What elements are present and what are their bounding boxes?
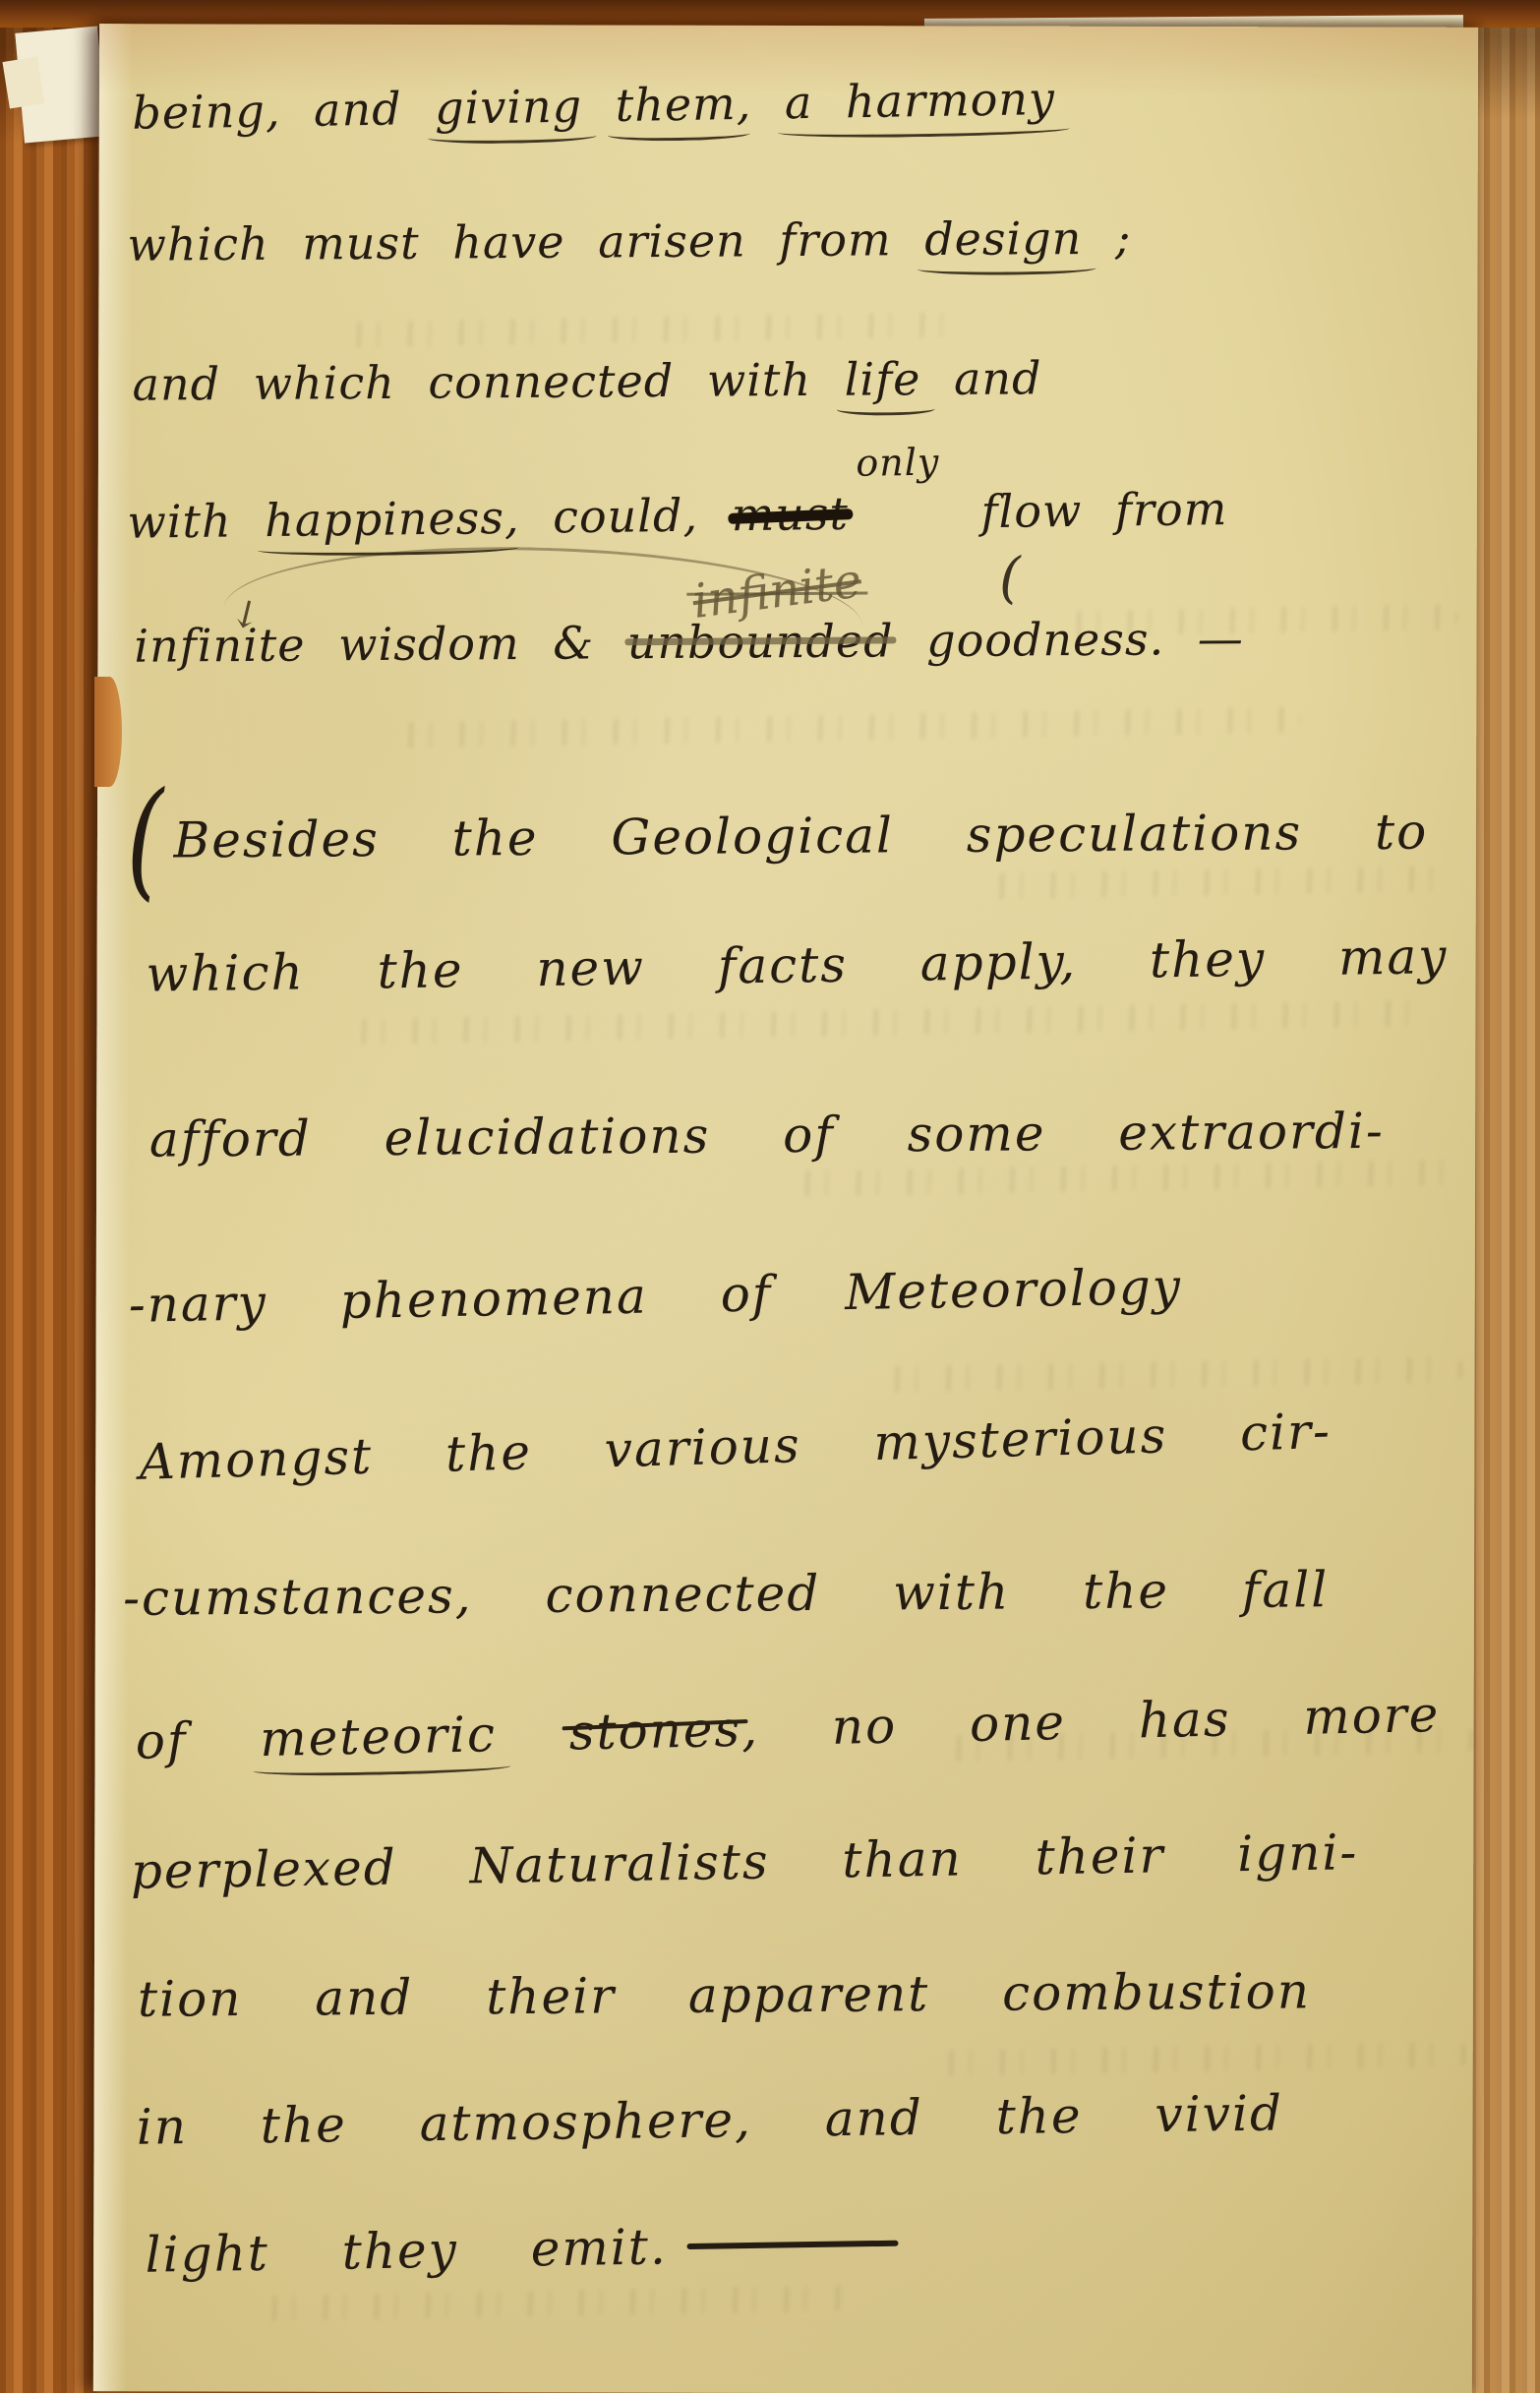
text-segment: and which connected with bbox=[132, 353, 845, 411]
text-segment: of bbox=[135, 1710, 261, 1770]
manuscript-line-11: -cumstances, connected with the fall bbox=[123, 1561, 1329, 1627]
text-segment: meteoric bbox=[260, 1705, 498, 1767]
text-segment: afford elucidations of some extraordi- bbox=[149, 1103, 1385, 1168]
text-segment: with bbox=[127, 494, 265, 549]
manuscript-line-10: Amongst the various mysterious cir- bbox=[139, 1403, 1333, 1491]
text-segment: stones bbox=[568, 1701, 741, 1762]
text-segment bbox=[687, 2241, 899, 2249]
text-segment: Besides the Geological speculations to bbox=[173, 804, 1428, 869]
desk-wood-left bbox=[0, 0, 102, 2393]
underlying-page-tab bbox=[2, 56, 44, 108]
ink-bleedthrough bbox=[882, 1356, 1462, 1392]
text-segment: happiness bbox=[265, 491, 504, 547]
manuscript-line-13: perplexed Naturalists than their igni- bbox=[130, 1824, 1358, 1900]
text-segment: flow from bbox=[948, 482, 1228, 538]
text-segment: , could, bbox=[504, 488, 732, 544]
manuscript-line-6: (Besides the Geological speculations to bbox=[120, 804, 1429, 869]
manuscript-line-15: in the atmosphere, and the vivid bbox=[136, 2085, 1283, 2156]
manuscript-line-4: with happiness, could, mustonly flow fro… bbox=[127, 482, 1228, 549]
manuscript-line-9: -nary phenomena of Meteorology bbox=[128, 1258, 1182, 1334]
text-segment: design bbox=[924, 211, 1082, 266]
text-segment: life bbox=[844, 352, 920, 406]
text-segment: a harmony bbox=[784, 72, 1055, 129]
text-segment: being, and bbox=[132, 82, 436, 140]
manuscript-line-14: tion and their apparent combustion bbox=[138, 1962, 1311, 2027]
text-segment: which the new facts apply, they may bbox=[146, 927, 1449, 1002]
text-segment: -nary phenomena of Meteorology bbox=[128, 1258, 1182, 1334]
text-segment: and bbox=[920, 351, 1041, 405]
text-segment: in the atmosphere, and the vivid bbox=[136, 2085, 1283, 2156]
text-segment: , bbox=[736, 76, 785, 130]
ink-bleedthrough bbox=[793, 1160, 1461, 1197]
text-segment: ; bbox=[1082, 211, 1132, 265]
manuscript-line-1: being, and giving them, a harmony bbox=[132, 72, 1055, 140]
text-segment: them bbox=[615, 77, 737, 132]
ink-bleedthrough bbox=[936, 2041, 1467, 2075]
manuscript-text-block: infinite ( ↓ being, and giving them, a h… bbox=[96, 16, 1492, 2393]
manuscript-line-8: afford elucidations of some extraordi- bbox=[149, 1103, 1385, 1168]
text-segment: infinite wisdom & bbox=[134, 616, 627, 672]
manuscript-line-16: light they emit. bbox=[145, 2215, 899, 2284]
ink-bleedthrough bbox=[260, 2286, 850, 2321]
text-segment: Amongst the various mysterious cir- bbox=[139, 1403, 1333, 1491]
text-segment: only bbox=[856, 441, 940, 485]
manuscript-line-7: which the new facts apply, they may bbox=[146, 927, 1449, 1002]
text-segment: perplexed Naturalists than their igni- bbox=[130, 1824, 1358, 1900]
text-segment: giving bbox=[435, 80, 583, 135]
text-segment bbox=[496, 1705, 569, 1764]
text-segment: must bbox=[731, 487, 849, 541]
ink-bleedthrough bbox=[344, 312, 954, 348]
ink-bleedthrough bbox=[349, 1000, 1431, 1045]
manuscript-line-5: infinite wisdom & unbounded goodness. — bbox=[134, 612, 1244, 673]
text-segment: tion and their apparent combustion bbox=[138, 1962, 1311, 2027]
manuscript-line-3: and which connected with life and bbox=[132, 351, 1041, 410]
ink-bleedthrough bbox=[396, 707, 1301, 748]
caret-mark: ( bbox=[999, 546, 1021, 610]
text-segment bbox=[582, 79, 616, 133]
manuscript-line-12: of meteoric stones, no one has more bbox=[135, 1686, 1441, 1770]
text-segment: -cumstances, connected with the fall bbox=[123, 1561, 1329, 1627]
ink-bleedthrough bbox=[987, 866, 1459, 899]
text-segment: light they emit. bbox=[145, 2218, 668, 2283]
manuscript-line-2: which must have arisen from design ; bbox=[127, 211, 1131, 271]
text-segment: which must have arisen from bbox=[127, 212, 924, 271]
text-segment: goodness. — bbox=[893, 612, 1244, 667]
text-segment: unbounded bbox=[627, 614, 894, 669]
